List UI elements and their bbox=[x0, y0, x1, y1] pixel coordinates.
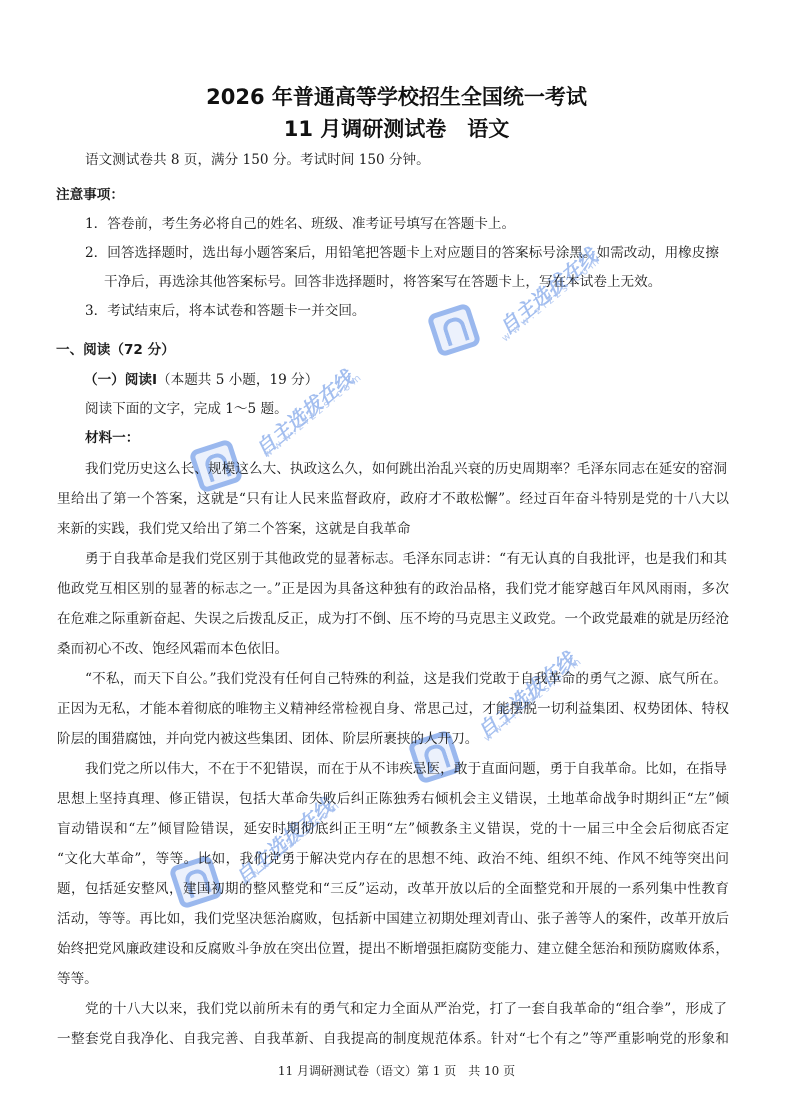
passage-line: 正因为无私，才能本着彻底的唯物主义精神经常检视自身、常思己过，才能摆脱一切利益集… bbox=[57, 697, 729, 717]
passage-line: 阶层的围猎腐蚀，并向党内被这些集团、团体、阶层所裹挟的人开刀。 bbox=[57, 727, 478, 747]
passage-line: “文化大革命”，等等。比如，我们党勇于解决党内存在的思想不纯、政治不纯、组织不纯… bbox=[57, 847, 729, 867]
exam-subtitle: 11 月调研测试卷 语文 bbox=[0, 113, 793, 143]
exam-page: 自主选拔在线 www.zizzs.com 自主选拔在线 www.zizzs.co… bbox=[0, 0, 793, 1119]
exam-intro: 语文测试卷共 8 页，满分 150 分。考试时间 150 分钟。 bbox=[85, 148, 430, 168]
passage-line: 里给出了第一个答案，这就是“只有让人民来监督政府，政府才不敢松懈”。经过百年奋斗… bbox=[57, 487, 729, 507]
reading-instruction: 阅读下面的文字，完成 1～5 题。 bbox=[85, 397, 288, 417]
section-heading: 一、阅读（72 分） bbox=[56, 338, 175, 358]
notice-heading: 注意事项： bbox=[56, 183, 124, 203]
passage-line: 党的十八大以来，我们党以前所未有的勇气和定力全面从严治党，打了一套自我革命的“组… bbox=[85, 997, 727, 1017]
page-footer: 11 月调研测试卷（语文）第 1 页 共 10 页 bbox=[0, 1062, 793, 1079]
sub-section-heading: （一）阅读Ⅰ（本题共 5 小题，19 分） bbox=[84, 368, 318, 388]
passage-line: 题，包括延安整风，建国初期的整风整党和“三反”运动，改革开放以后的全面整党和开展… bbox=[57, 877, 729, 897]
passage-line: 始终把党风廉政建设和反腐败斗争放在突出位置，提出不断增强拒腐防变能力、建立健全惩… bbox=[57, 937, 729, 957]
passage-line: 在危难之际重新奋起、失误之后拨乱反正，成为打不倒、压不垮的马克思主义政党。一个政… bbox=[57, 607, 729, 627]
passage-line: 活动，等等。再比如，我们党坚决惩治腐败，包括新中国建立初期处理刘青山、张子善等人… bbox=[57, 907, 729, 927]
passage-line: 桑而初心不改、饱经风霜而本色依旧。 bbox=[57, 637, 288, 657]
notice-item-continuation: 干净后，再选涂其他答案标号。回答非选择题时，将答案写在答题卡上，写在本试卷上无效… bbox=[104, 270, 661, 290]
material-label: 材料一： bbox=[85, 426, 139, 446]
notice-item: 2．回答选择题时，选出每小题答案后，用铅笔把答题卡上对应题目的答案标号涂黑。如需… bbox=[85, 241, 719, 261]
watermark-url-text: www.zizzs.com bbox=[240, 798, 344, 888]
passage-line: 我们党历史这么长、规模这么大、执政这么久，如何跳出治乱兴衰的历史周期率？毛泽东同… bbox=[85, 457, 727, 477]
notice-item: 3．考试结束后，将本试卷和答题卡一并交回。 bbox=[85, 299, 366, 319]
passage-line: 勇于自我革命是我们党区别于其他政党的显著标志。毛泽东同志讲：“有无认真的自我批评… bbox=[85, 547, 727, 567]
passage-line: 思想上坚持真理、修正错误，包括大革命失败后纠正陈独秀右倾机会主义错误，土地革命战… bbox=[57, 787, 729, 807]
passage-line: “不私，而天下自公。”我们党没有任何自己特殊的利益，这是我们党敢于自我革命的勇气… bbox=[85, 667, 727, 687]
notice-item: 1．答卷前，考生务必将自己的姓名、班级、准考证号填写在答题卡上。 bbox=[85, 212, 515, 232]
passage-line: 一整套党自我净化、自我完善、自我革新、自我提高的制度规范体系。针对“七个有之”等… bbox=[57, 1027, 729, 1047]
exam-title: 2026 年普通高等学校招生全国统一考试 bbox=[0, 81, 793, 111]
watermark-brand-text: 自主选拔在线 bbox=[470, 645, 581, 744]
passage-line: 他政党互相区别的显著的标志之一。”正是因为具备这种独有的政治品格，我们党才能穿越… bbox=[57, 577, 729, 597]
passage-line: 来新的实践，我们党又给出了第二个答案，这就是自我革命 bbox=[57, 517, 410, 537]
passage-line: 我们党之所以伟大，不在于不犯错误，而在于从不讳疾忌医，敢于直面问题，勇于自我革命… bbox=[85, 757, 727, 777]
passage-line: 等等。 bbox=[57, 967, 98, 987]
passage-line: 盲动错误和“左”倾冒险错误，延安时期彻底纠正王明“左”倾教条主义错误，党的十一届… bbox=[57, 817, 729, 837]
sub-section-title: （一）阅读Ⅰ bbox=[84, 372, 157, 388]
sub-section-meta: （本题共 5 小题，19 分） bbox=[157, 372, 318, 388]
watermark-url-text: www.zizzs.com bbox=[500, 254, 604, 344]
watermark-logo-icon bbox=[426, 302, 481, 357]
